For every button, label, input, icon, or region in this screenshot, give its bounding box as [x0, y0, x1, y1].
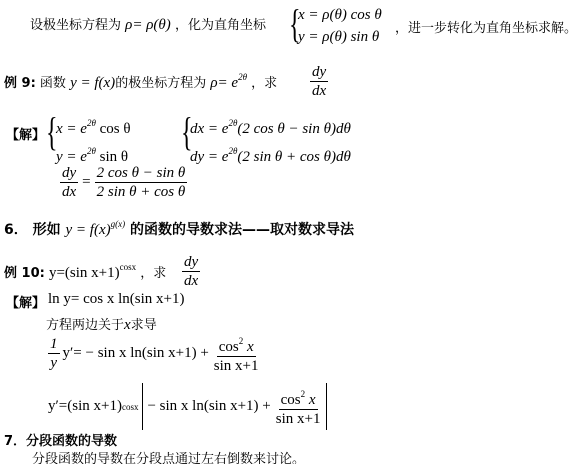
example9-solution-label: 【解】: [6, 124, 45, 143]
example9-text3: ，求: [251, 76, 277, 91]
example9-statement: 例 9: 函数 y = f(x)的极坐标方程为 ρ= e2θ ，求: [4, 72, 277, 92]
example9-text1: 函数: [40, 76, 66, 91]
section6-func: y = f(x): [66, 222, 111, 238]
intro-system: x = ρ(θ) cos θ y = ρ(θ) sin θ: [298, 4, 382, 48]
intro-equation: ρ= ρ(θ): [125, 17, 171, 33]
intro-text-after: ，进一步转化为直角坐标求解。: [395, 17, 577, 36]
example9-eq: ρ= e: [210, 75, 238, 91]
result-lhs-fraction: dy dx: [60, 164, 78, 201]
intro-text-mid: ，化为直角坐标: [175, 18, 266, 33]
example10-line1: ln y= cos x ln(sin x+1): [48, 291, 185, 308]
example9-text2: 的极坐标方程为: [115, 76, 206, 91]
example10-fraction: dy dx: [182, 253, 200, 290]
example9-func: y = f(x): [70, 75, 115, 91]
example9-system2: dx = e2θ(2 cos θ − sin θ)dθ dy = e2θ(2 s…: [190, 112, 351, 168]
system-row: x = e2θ cos θ: [56, 112, 131, 140]
system-row: dx = e2θ(2 cos θ − sin θ)dθ: [190, 112, 351, 140]
example10-line3: 1 y y′= − sin x ln(sin x+1) + cos2 x sin…: [48, 332, 261, 375]
example10-label: 例 10:: [4, 266, 45, 281]
intro-line: 设极坐标方程为 ρ= ρ(θ) ，化为直角坐标: [30, 14, 266, 34]
intro-system-row: y = ρ(θ) sin θ: [298, 26, 382, 48]
example9-result: dy dx = 2 cos θ − sin θ 2 sin θ + cos θ: [60, 164, 187, 201]
example10-eq: y=(sin x+1): [49, 265, 120, 281]
example10-line2: 方程两边关于x求导: [46, 314, 157, 334]
example9-fraction: dy dx: [310, 63, 328, 100]
example9-label: 例 9:: [4, 76, 36, 91]
section7-heading: 7．分段函数的导数: [4, 430, 117, 449]
fraction-numerator: dy: [310, 63, 328, 82]
section7-body: 分段函数的导数在分段点通过左右倒数来讨论。: [32, 448, 305, 464]
section6-number: 6．: [4, 222, 28, 238]
system-row: dy = e2θ(2 sin θ + cos θ)dθ: [190, 140, 351, 168]
example9-eq-sup: 2θ: [238, 72, 247, 82]
example10-line4: y′=(sin x+1)cosx − sin x ln(sin x+1) + c…: [48, 383, 327, 430]
example9-system1: x = e2θ cos θ y = e2θ sin θ: [56, 112, 131, 168]
section6-heading: 6． 形如 y = f(x)g(x) 的函数的导数求法——取对数求导法: [4, 219, 354, 239]
intro-text-before: 设极坐标方程为: [30, 18, 121, 33]
fraction-denominator: dx: [310, 82, 328, 100]
example10-solution-label: 【解】: [6, 292, 45, 311]
intro-system-row: x = ρ(θ) cos θ: [298, 4, 382, 26]
example10-statement: 例 10: y=(sin x+1)cosx ，求: [4, 262, 166, 282]
square-bracket-group: − sin x ln(sin x+1) + cos2 x sin x+1: [142, 383, 327, 430]
result-rhs-fraction: 2 cos θ − sin θ 2 sin θ + cos θ: [95, 164, 188, 201]
